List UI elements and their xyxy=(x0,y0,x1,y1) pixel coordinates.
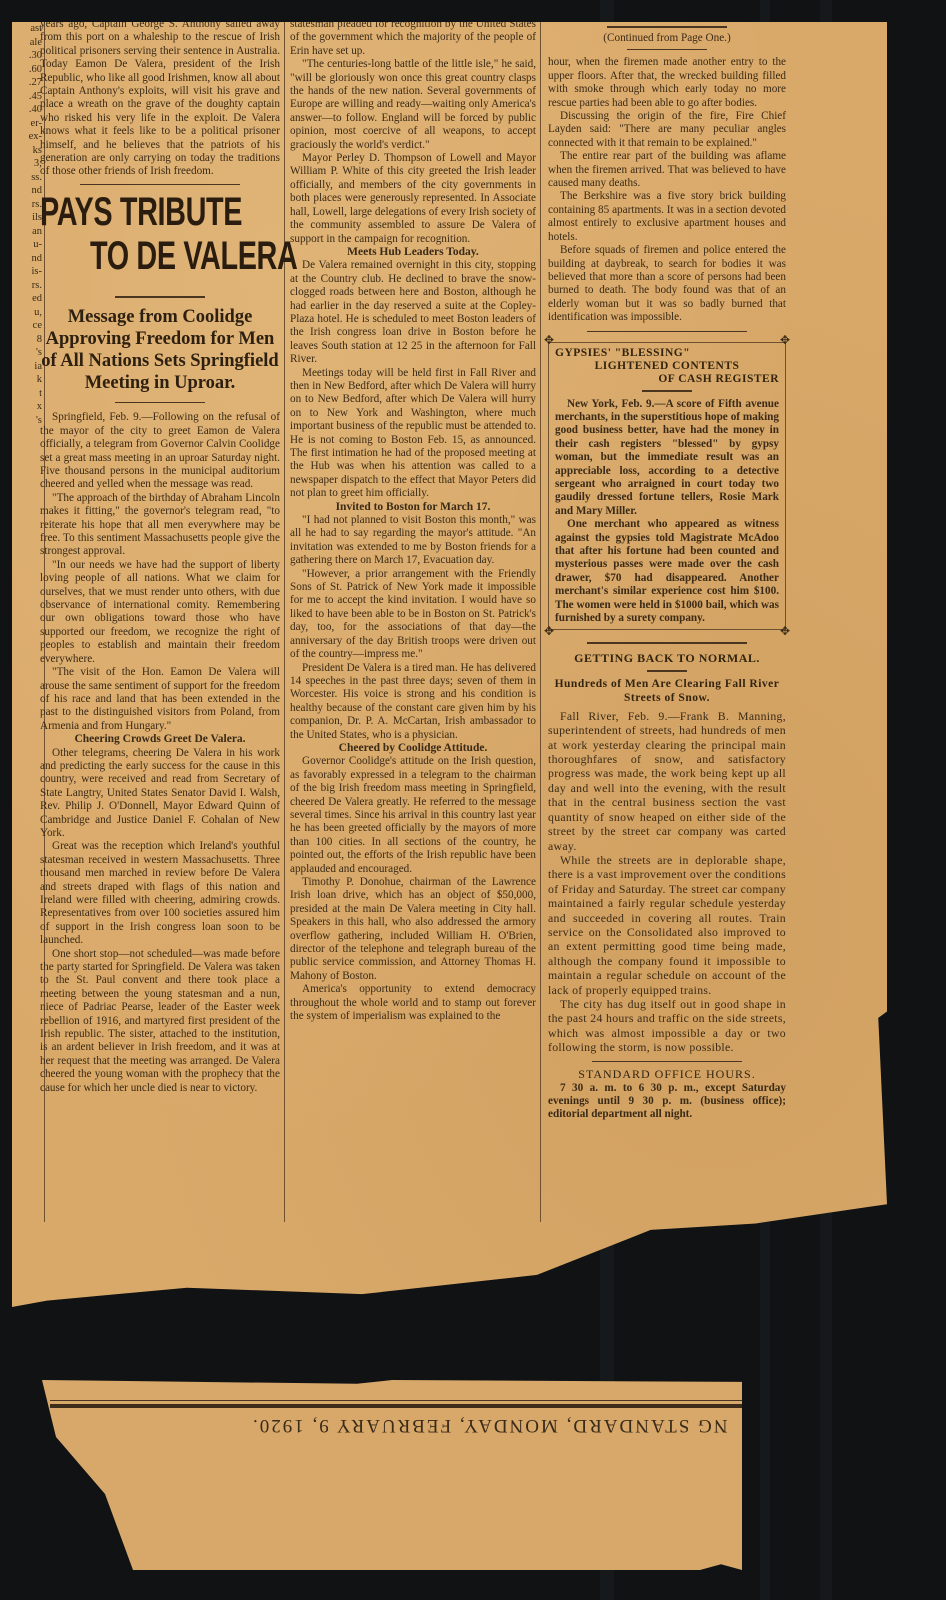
paragraph: The Berkshire was a five story brick bui… xyxy=(548,190,786,244)
ornament-icon: ✥ xyxy=(544,334,554,347)
newspaper-clipping: astale.30.60.27.45.40er-ex-ks3;ss.ndrs.i… xyxy=(12,22,887,1307)
divider xyxy=(115,402,205,404)
divider xyxy=(647,670,687,672)
paragraph: The city has dug itself out in good shap… xyxy=(548,997,786,1055)
divider xyxy=(80,184,240,186)
paragraph: statesman pleaded for recognition by the… xyxy=(290,18,536,58)
paragraph: Other telegrams, cheering De Valera in h… xyxy=(40,747,280,841)
office-hours-text: 7 30 a. m. to 6 30 p. m., except Saturda… xyxy=(548,1082,786,1122)
masthead-strip: NG STANDARD, MONDAY, FEBRUARY 9, 1920. xyxy=(42,1380,742,1570)
divider xyxy=(587,331,747,333)
section-hub-leaders: De Valera remained overnight in this cit… xyxy=(290,259,536,500)
divider xyxy=(607,26,727,28)
paragraph: While the streets are in deplorable shap… xyxy=(548,853,786,997)
headline-line-2: TO DE VALERA xyxy=(90,234,297,278)
paragraph: President De Valera is a tired man. He h… xyxy=(290,662,536,742)
middle-column: statesman pleaded for recognition by the… xyxy=(290,18,536,1023)
gypsy-headline-line-1: GYPSIES' "BLESSING" xyxy=(555,347,779,360)
subhead-coolidge-attitude: Cheered by Coolidge Attitude. xyxy=(290,742,536,755)
subhead-hub-leaders: Meets Hub Leaders Today. xyxy=(290,246,536,259)
gypsy-headline-line-3: OF CASH REGISTER xyxy=(555,373,779,386)
ornament-icon: ✥ xyxy=(780,334,790,347)
normal-deck: Hundreds of Men Are Clearing Fall River … xyxy=(548,677,786,705)
divider xyxy=(587,642,747,644)
column-rule xyxy=(284,22,285,1222)
paragraph: "The approach of the birthday of Abraham… xyxy=(40,492,280,559)
article-body: Springfield, Feb. 9.—Following on the re… xyxy=(40,411,280,733)
right-column: (Continued from Page One.) hour, when th… xyxy=(548,26,786,1122)
subhead-march-17: Invited to Boston for March 17. xyxy=(290,501,536,514)
paragraph: Great was the reception which Ireland's … xyxy=(40,840,280,947)
headline-line-1: PAYS TRIBUTE xyxy=(40,190,213,234)
headline-deck: Message from Coolidge Approving Freedom … xyxy=(40,306,280,394)
divider xyxy=(592,1061,742,1063)
main-headline: PAYS TRIBUTE TO DE VALERA xyxy=(40,190,280,286)
column-rule xyxy=(540,22,541,1222)
paragraph: Timothy P. Donohue, chairman of the Lawr… xyxy=(290,876,536,983)
gypsy-story-box: ✥ ✥ ✥ ✥ GYPSIES' "BLESSING" LIGHTENED CO… xyxy=(548,342,786,630)
paragraph: hour, when the firemen made another entr… xyxy=(548,56,786,110)
paragraph: De Valera remained overnight in this cit… xyxy=(290,259,536,366)
section-coolidge-attitude: Governor Coolidge's attitude on the Iris… xyxy=(290,755,536,1023)
masthead-date-line: NG STANDARD, MONDAY, FEBRUARY 9, 1920. xyxy=(251,1414,728,1436)
paragraph: Springfield, Feb. 9.—Following on the re… xyxy=(40,411,280,491)
divider xyxy=(627,49,707,51)
paragraph: "However, a prior arrangement with the F… xyxy=(290,568,536,662)
paragraph: New York, Feb. 9.—A score of Fifth avenu… xyxy=(555,398,779,519)
middle-intro: statesman pleaded for recognition by the… xyxy=(290,18,536,246)
paragraph: "The visit of the Hon. Eamon De Valera w… xyxy=(40,666,280,733)
continued-label: (Continued from Page One.) xyxy=(548,32,786,45)
intro-paragraph: years ago, Captain George S. Anthony sai… xyxy=(40,18,280,179)
office-hours-title: STANDARD OFFICE HOURS. xyxy=(548,1068,786,1081)
section-march-17: "I had not planned to visit Boston this … xyxy=(290,514,536,742)
ornament-icon: ✥ xyxy=(780,625,790,638)
gypsy-story-body: New York, Feb. 9.—A score of Fifth avenu… xyxy=(555,398,779,626)
left-column: years ago, Captain George S. Anthony sai… xyxy=(40,18,280,1095)
paragraph: One merchant who appeared as witness aga… xyxy=(555,518,779,625)
paragraph: Discussing the origin of the fire, Fire … xyxy=(548,110,786,150)
paragraph: "In our needs we have had the support of… xyxy=(40,559,280,666)
normal-story-body: Fall River, Feb. 9.—Frank B. Manning, su… xyxy=(548,709,786,1055)
gypsy-headline: GYPSIES' "BLESSING" LIGHTENED CONTENTS O… xyxy=(555,347,779,386)
article-body-continued: Other telegrams, cheering De Valera in h… xyxy=(40,747,280,1096)
paragraph: "I had not planned to visit Boston this … xyxy=(290,514,536,568)
paragraph: The entire rear part of the building was… xyxy=(548,150,786,190)
gypsy-headline-line-2: LIGHTENED CONTENTS xyxy=(555,360,779,373)
paragraph: One short stop—not scheduled—was made be… xyxy=(40,948,280,1095)
paragraph: Governor Coolidge's attitude on the Iris… xyxy=(290,755,536,876)
subhead-cheering-crowds: Cheering Crowds Greet De Valera. xyxy=(40,733,280,746)
paragraph: "The centuries-long battle of the little… xyxy=(290,58,536,152)
masthead-rules xyxy=(50,1400,742,1408)
ornament-icon: ✥ xyxy=(544,625,554,638)
paragraph: America's opportunity to extend democrac… xyxy=(290,983,536,1023)
paragraph: Before squads of firemen and police ente… xyxy=(548,244,786,324)
paragraph: Fall River, Feb. 9.—Frank B. Manning, su… xyxy=(548,709,786,853)
normal-headline: GETTING BACK TO NORMAL. xyxy=(548,652,786,665)
divider xyxy=(115,296,205,298)
paragraph: Mayor Perley D. Thompson of Lowell and M… xyxy=(290,152,536,246)
fire-story-body: hour, when the firemen made another entr… xyxy=(548,56,786,324)
divider xyxy=(642,390,692,392)
paragraph: Meetings today will be held first in Fal… xyxy=(290,367,536,501)
